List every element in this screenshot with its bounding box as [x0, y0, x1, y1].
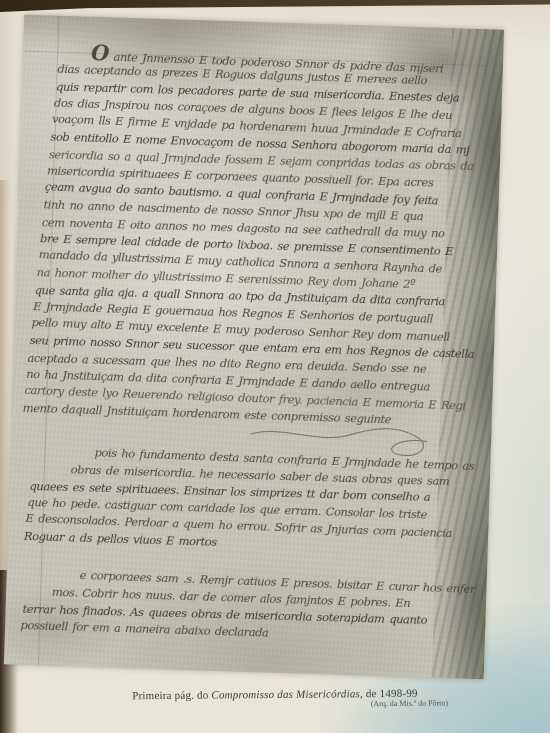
page-top-edge-shadow: [0, 0, 550, 12]
manuscript-text: O ante Jnmensso E todo poderoso Snnor ds…: [41, 44, 497, 648]
caption-title: Compromisso das Misericórdias: [211, 688, 360, 701]
ink-flourish: [248, 420, 439, 466]
caption-prefix: Primeira pág. do: [132, 690, 211, 703]
book-page: O ante Jnmensso E todo poderoso Snnor ds…: [0, 0, 550, 733]
manuscript-paragraph: e corporaees sam .s. Remjr catiuos E pre…: [24, 566, 481, 648]
manuscript-paragraph: O ante Jnmensso E todo poderoso Snnor ds…: [48, 44, 498, 432]
manuscript-plate-photo: O ante Jnmensso E todo poderoso Snnor ds…: [4, 15, 504, 680]
